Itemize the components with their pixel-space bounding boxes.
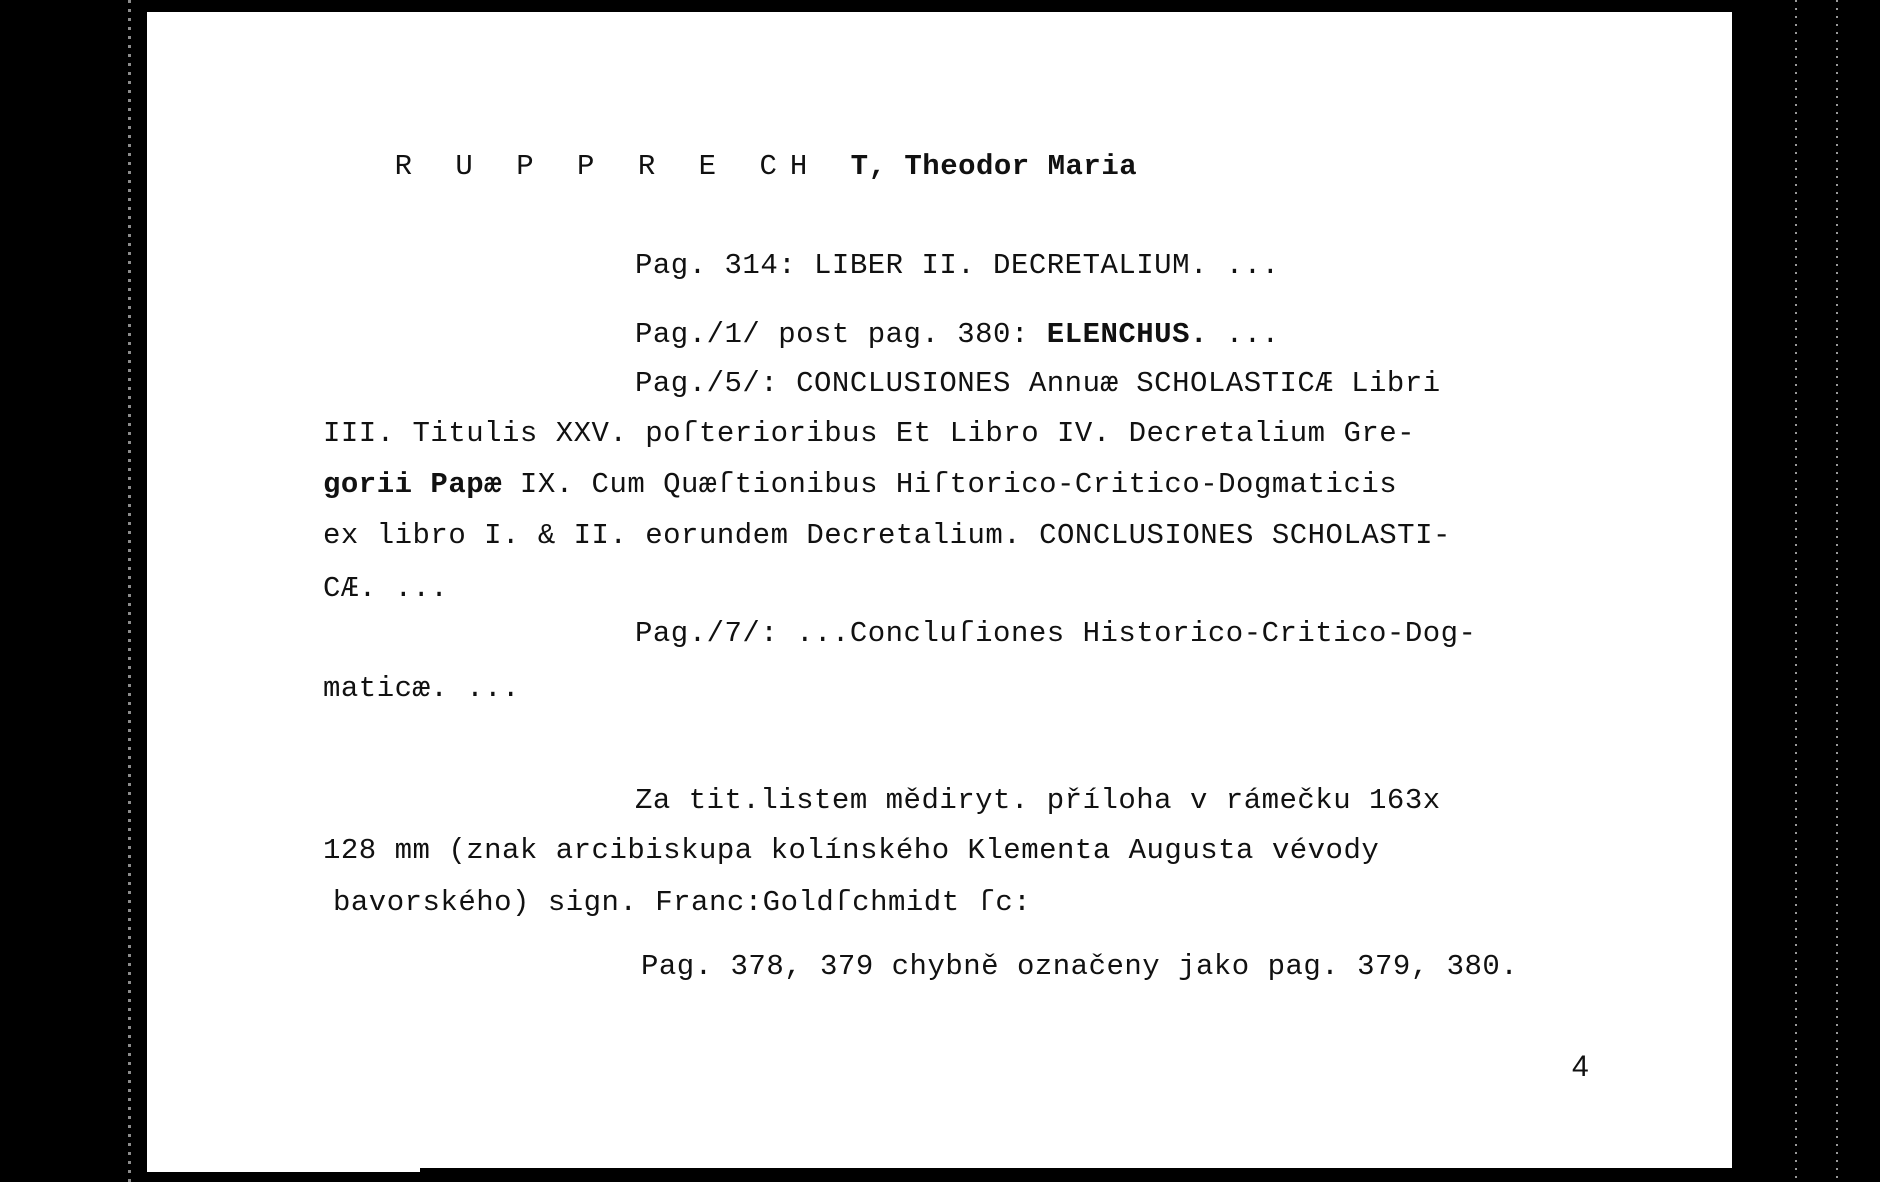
- entry-pag-1-prefix: Pag./1/ post pag. 380:: [635, 318, 1047, 351]
- heading-given-name-2: Maria: [1048, 150, 1138, 183]
- entry-pag-1-title: ELENCHUS.: [1047, 318, 1208, 351]
- entry-pag-5-cont-2: gorii Papæ IX. Cum Quæſtionibus Hiſtoric…: [323, 468, 1397, 502]
- entry-pag-314: Pag. 314: LIBER II. DECRETALIUM. ...: [635, 249, 1280, 283]
- entry-pag-5-cont-1: III. Titulis XXV. poſterioribus Et Libro…: [323, 417, 1415, 451]
- scan-border-right-outer: [1836, 0, 1838, 1182]
- catalog-card: R U P P R E CH T, Theodor Maria Pag. 314…: [147, 12, 1732, 1172]
- entry-pag-5-cont-2-rest: IX. Cum Quæſtionibus Hiſtorico-Critico-D…: [502, 468, 1397, 501]
- heading-surname-last: T,: [851, 150, 887, 183]
- scan-border-left: [128, 0, 131, 1182]
- note-attachment-cont-2: bavorského) sign. Franc:Goldſchmidt ſc:: [333, 886, 1031, 920]
- entry-pag-5-cont-3: ex libro I. & II. eorundem Decretalium. …: [323, 519, 1451, 553]
- heading-surname: R U P P R E CH: [395, 150, 851, 183]
- entry-pag-1: Pag./1/ post pag. 380: ELENCHUS. ...: [635, 318, 1280, 352]
- heading-given-name: Theodor: [904, 150, 1029, 183]
- entry-pag-7-cont: maticæ. ...: [323, 672, 520, 706]
- page-number: 4: [1572, 1050, 1589, 1084]
- card-bottom-edge: [420, 1168, 1740, 1182]
- note-attachment: Za tit.listem mědiryt. příloha v rámečku…: [635, 784, 1441, 818]
- entry-pag-1-suffix: ...: [1208, 318, 1280, 351]
- card-heading: R U P P R E CH T, Theodor Maria: [323, 116, 1137, 218]
- entry-pag-5-cont-4: CÆ. ...: [323, 572, 448, 606]
- entry-pag-7: Pag./7/: ...Concluſiones Historico-Criti…: [635, 617, 1476, 651]
- note-attachment-cont-1: 128 mm (znak arcibiskupa kolínského Klem…: [323, 834, 1379, 868]
- entry-pag-5: Pag./5/: CONCLUSIONES Annuæ SCHOLASTICÆ …: [635, 367, 1441, 401]
- scan-border-right: [1795, 0, 1797, 1182]
- entry-pag-5-cont-2-bold: gorii Papæ: [323, 468, 502, 501]
- note-pagination-error: Pag. 378, 379 chybně označeny jako pag. …: [641, 950, 1518, 984]
